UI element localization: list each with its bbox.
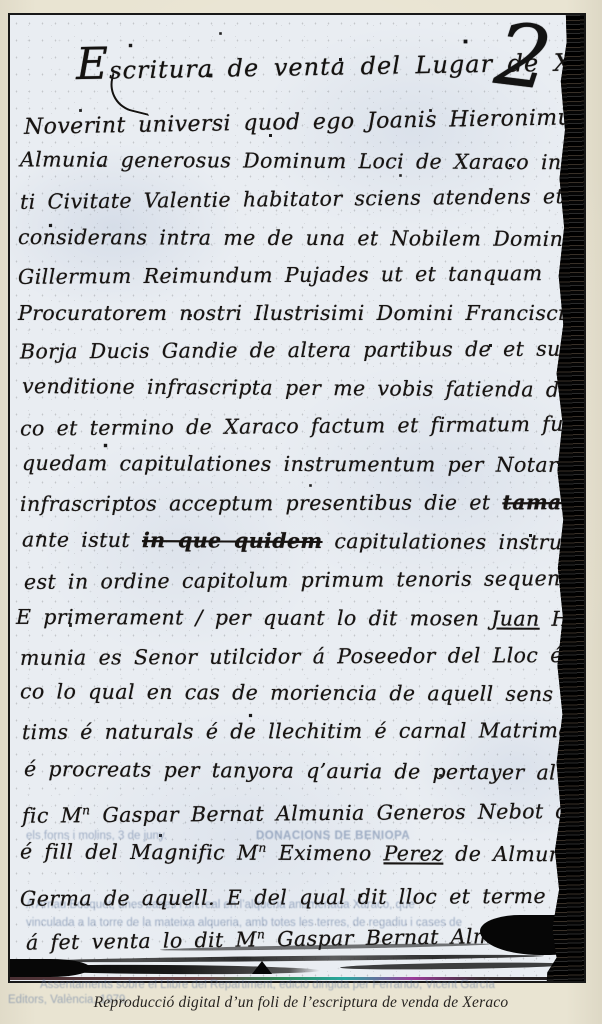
ink-specks: [10, 15, 11, 16]
manuscript-line: considerans intra me de una et Nobilem D…: [18, 225, 586, 251]
manuscript-text-segment: Gaspar Bernat Almunia Generos Nebot de a…: [90, 798, 586, 827]
manuscript-line: munia es Senor utilcidor á Poseedor del …: [20, 642, 586, 670]
scanned-folio-image: els forns i molins, 3 de juny.DONACIONS …: [8, 13, 586, 983]
manuscript-line: é fill del Magnific Mn Eximeno Perez de …: [20, 839, 586, 866]
manuscript-text-segment: á fet venta lo dit M: [26, 927, 257, 954]
manuscript-text-segment: ante istut: [22, 527, 142, 552]
manuscript-text-segment: in que quidem: [142, 528, 323, 553]
manuscript-line: Gillermum Reimundum Pujades ut et tanqua…: [18, 261, 543, 289]
manuscript-text-segment: est in ordine capitolum primum tenoris s…: [24, 566, 584, 594]
manuscript-line: Noverint universi quod ego Joanis Hieron…: [24, 105, 584, 140]
manuscript-line: Germa de aquell. E del qual dit lloc et …: [20, 883, 586, 910]
manuscript-text-segment: venditione infrascripta per me vobis fat…: [22, 374, 586, 402]
book-page: { "document": { "folio_number": "2", "ti…: [0, 0, 602, 1024]
manuscript-line: Borja Ducis Gandie de altera partibus de…: [20, 336, 586, 363]
scan-smudge: [10, 959, 90, 977]
manuscript-text-segment: é fill del Magnific M: [20, 839, 258, 864]
manuscript-line: Procuratorem nostri Ilustrisimi Domini F…: [18, 301, 586, 325]
manuscript-line: fic Mn Gaspar Bernat Almunia Generos Neb…: [22, 798, 586, 828]
manuscript-text-segment: Germa de aquell. E del qual dit lloc et …: [20, 884, 586, 911]
manuscript-line: co lo qual en cas de moriencia de aquell…: [20, 679, 586, 706]
bleed-through-text: Assentaments sobre el Llibre del Reparti…: [40, 979, 495, 991]
manuscript-text-segment: Gillermum Reimundum Pujades ut et tanqua…: [18, 261, 543, 289]
manuscript-text-segment: n: [258, 841, 266, 855]
manuscript-text-segment: E primerament ∕ per quant lo dit mosen: [16, 605, 491, 631]
manuscript-text-segment: Borja Ducis Gandie de altera partibus de…: [20, 336, 586, 363]
manuscript-text-segment: Almunia generosus Dominum Loci de Xaraco…: [20, 147, 586, 174]
manuscript-line: tims é naturals é de llechitim é carnal …: [22, 718, 586, 744]
manuscript-line: é procreats per tanyora q’auria de perta…: [24, 757, 586, 785]
manuscript-line: ti Civitate Valentie habitator sciens at…: [20, 184, 564, 214]
manuscript-text-segment: Noverint universi quod ego Joanis Hieron…: [24, 105, 584, 140]
manuscript-text-segment: munia es Senor utilcidor á Poseedor del …: [20, 642, 586, 670]
figure-caption: Reproducció digital d’un foli de l’escri…: [0, 994, 602, 1012]
manuscript-text-segment: Perez: [383, 841, 443, 865]
manuscript-text-segment: é procreats per tanyora q’auria de perta…: [24, 757, 586, 785]
manuscript-line: co et termino de Xaraco factum et firmat…: [20, 411, 586, 440]
manuscript-line: ante istut in que quidem capitulationes …: [22, 527, 586, 554]
manuscript-text-segment: ti Civitate Valentie habitator sciens at…: [20, 184, 564, 214]
manuscript-text-segment: tims é naturals é de llechitim é carnal …: [22, 718, 586, 744]
manuscript-text-segment: infrascriptos acceptum presentibus die e…: [20, 490, 502, 516]
manuscript-text-segment: tama: [502, 490, 561, 514]
scan-smudge: [340, 961, 570, 970]
folio-number: 2: [490, 13, 556, 110]
manuscript-text-segment: Juan: [491, 607, 540, 631]
manuscript-line: quedam capitulationes instrumentum per N…: [22, 451, 586, 477]
manuscript-text-segment: fic M: [22, 803, 82, 828]
manuscript-text-segment: Eximeno: [267, 841, 384, 866]
manuscript-line: E primerament ∕ per quant lo dit mosen J…: [16, 605, 586, 631]
manuscript-line: venditione infrascripta per me vobis fat…: [22, 374, 586, 402]
manuscript-text-segment: capitulationes instrumen-: [322, 529, 586, 555]
manuscript-line: Almunia generosus Dominum Loci de Xaraco…: [20, 147, 586, 174]
manuscript-text-segment: co et termino de Xaraco factum et firmat…: [20, 411, 586, 440]
manuscript-text-segment: Procuratorem nostri Ilustrisimi Domini F…: [18, 301, 586, 325]
manuscript-text-segment: considerans intra me de una et Nobilem D…: [18, 225, 586, 251]
manuscript-text-segment: quedam capitulationes instrumentum per N…: [22, 451, 586, 477]
manuscript-line: infrascriptos acceptum presentibus die e…: [20, 490, 586, 516]
manuscript-line: est in ordine capitolum primum tenoris s…: [24, 566, 584, 594]
manuscript-text-segment: co lo qual en cas de moriencia de aquell…: [20, 679, 586, 706]
